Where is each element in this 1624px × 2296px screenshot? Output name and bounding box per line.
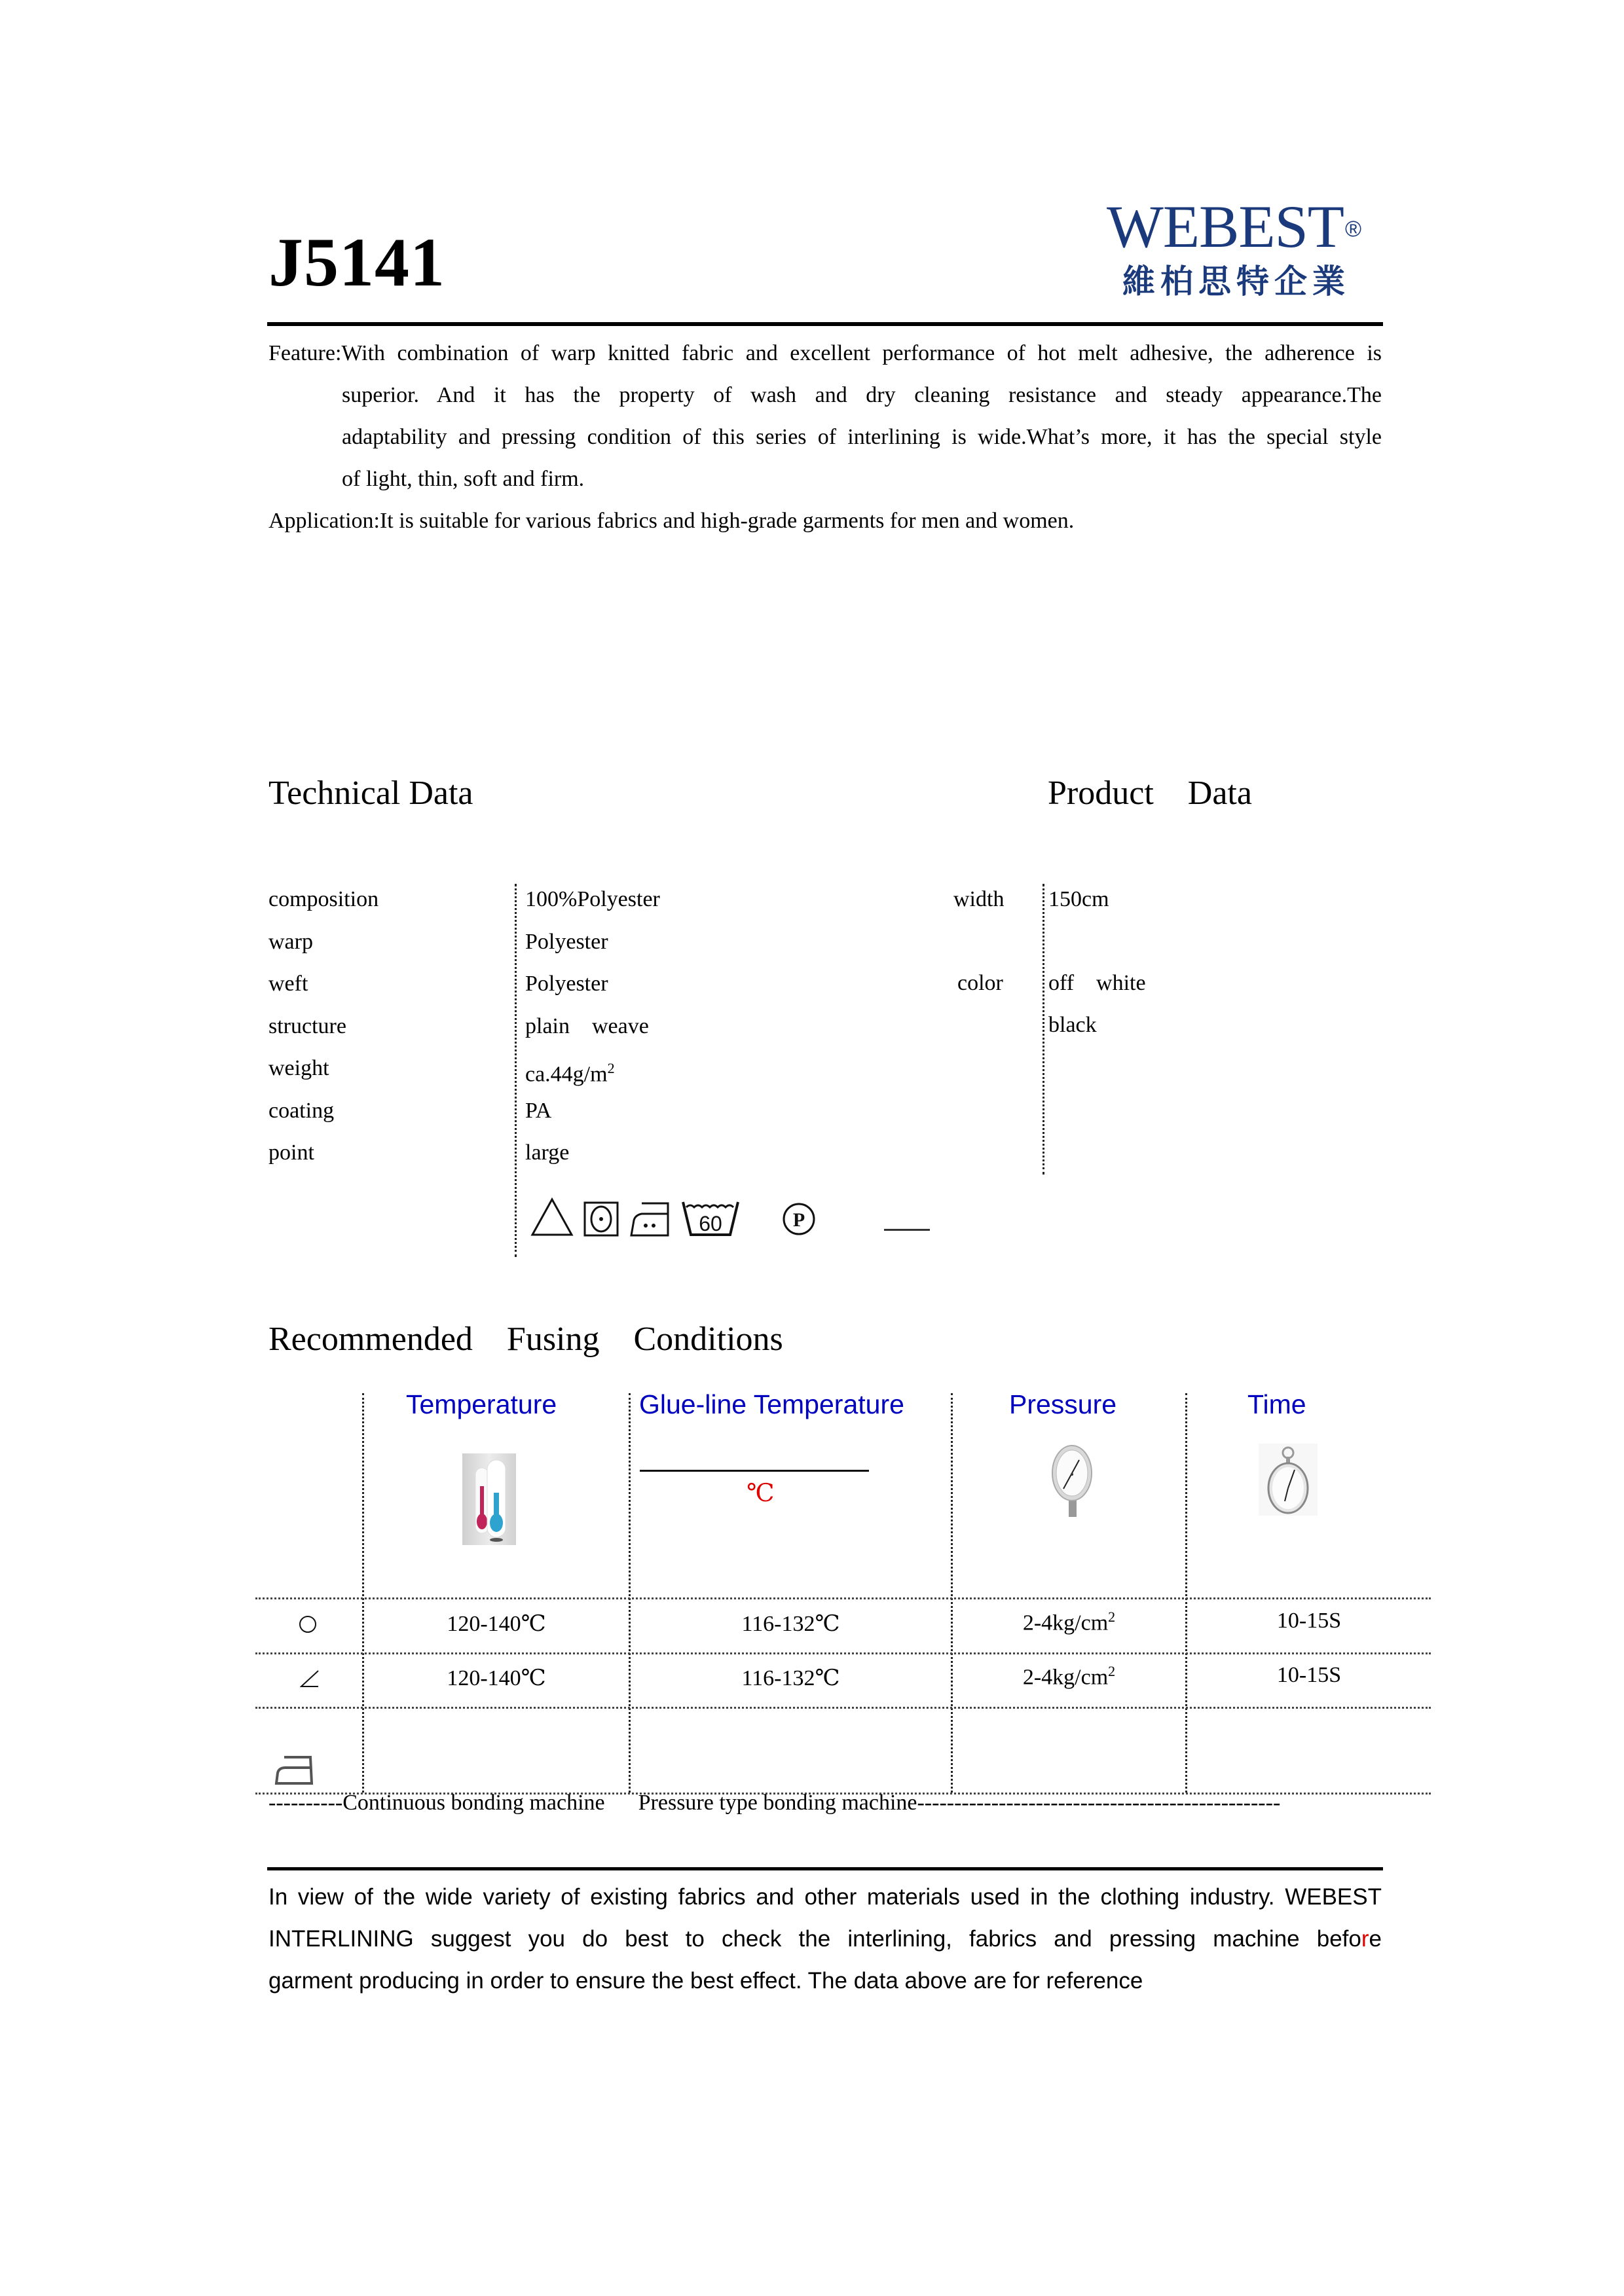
circle-icon [298, 1614, 318, 1634]
fusing-col-divider [1185, 1393, 1187, 1793]
tech-data-divider [515, 884, 517, 1257]
brand-logo: WEBEST® 維柏思特企業 [1107, 196, 1382, 302]
tech-value-point: large [525, 1132, 569, 1174]
tech-value-warp: Polyester [525, 921, 608, 963]
fusing-row-divider [255, 1652, 1431, 1654]
cell-temperature: 120-140℃ [364, 1665, 629, 1691]
fusing-conditions-title: Recommended Fusing Conditions [268, 1322, 783, 1357]
disclaimer: In view of the wide variety of existing … [268, 1876, 1382, 2002]
product-color-value: black [1048, 1004, 1097, 1046]
tech-value-weight: ca.44g/m2 [525, 1048, 615, 1095]
bleach-triangle-icon [530, 1197, 574, 1237]
cell-glue-line: 116-132℃ [631, 1611, 951, 1637]
fusing-col-divider [362, 1393, 364, 1793]
stopwatch-icon [1259, 1444, 1318, 1516]
product-data-title: Product Data [1048, 776, 1252, 811]
header-divider [267, 322, 1383, 326]
wash-60-icon: 60 [681, 1198, 740, 1237]
application-text: Application:It is suitable for various f… [268, 500, 1074, 542]
fusing-col-divider [629, 1393, 631, 1793]
product-data-divider [1043, 884, 1044, 1175]
column-header-temperature: Temperature [406, 1389, 557, 1420]
cell-temperature: 120-140℃ [364, 1611, 629, 1637]
disclaimer-line: garment producing in order to ensure the… [268, 1960, 1382, 2002]
product-width-label: width [953, 879, 1004, 920]
svg-text:P: P [793, 1209, 805, 1231]
celsius-unit: ℃ [747, 1478, 775, 1508]
product-color-label: color [957, 962, 1003, 1004]
feature-line: of light, thin, soft and firm. [268, 458, 1382, 500]
angle-icon [300, 1669, 320, 1688]
tech-value-composition: 100%Polyester [525, 879, 660, 920]
footer-divider [267, 1867, 1383, 1870]
technical-data-title: Technical Data [268, 776, 473, 811]
tech-label-point: point [268, 1132, 314, 1174]
tech-label-coating: coating [268, 1090, 334, 1132]
cell-glue-line: 116-132℃ [631, 1665, 951, 1691]
disclaimer-line: INTERLINING suggest you do best to check… [268, 1918, 1382, 1960]
care-symbols: 60 P [530, 1192, 817, 1237]
product-width-value: 150cm [1048, 879, 1109, 920]
tech-value-structure: plain weave [525, 1006, 649, 1048]
feature-line: adaptability and pressing condition of t… [268, 416, 1382, 458]
fusing-row-divider [255, 1597, 1431, 1599]
cell-pressure: 2-4kg/cm2 [953, 1609, 1185, 1635]
tech-value-coating: PA [525, 1090, 551, 1132]
cell-pressure: 2-4kg/cm2 [953, 1663, 1185, 1690]
cell-time: 10-15S [1187, 1609, 1431, 1633]
brand-name: WEBEST [1107, 193, 1344, 260]
registered-mark: ® [1345, 217, 1361, 242]
disclaimer-line: In view of the wide variety of existing … [268, 1876, 1382, 1918]
feature-paragraph: Feature:With combination of warp knitted… [268, 333, 1382, 500]
tech-label-structure: structure [268, 1006, 346, 1048]
column-header-glue-line-temperature: Glue-line Temperature [639, 1389, 904, 1420]
tech-label-weight: weight [268, 1048, 329, 1089]
feature-line: Feature:With combination of warp knitted… [268, 333, 1382, 374]
tech-value-weft: Polyester [525, 963, 608, 1005]
cell-time: 10-15S [1187, 1663, 1431, 1688]
brand-chinese-name: 維柏思特企業 [1122, 255, 1382, 302]
product-color-value: off white [1048, 962, 1146, 1004]
svg-text:60: 60 [699, 1212, 722, 1235]
column-header-pressure: Pressure [1009, 1389, 1116, 1420]
dry-clean-p-icon: P [781, 1201, 817, 1237]
tech-label-composition: composition [268, 879, 378, 920]
tumble-dry-icon [583, 1201, 619, 1237]
thermometer-icon [462, 1453, 516, 1545]
fusing-row-divider [255, 1707, 1431, 1709]
iron-two-dots-icon [629, 1201, 672, 1237]
pressure-gauge-icon [1049, 1440, 1095, 1519]
glue-line-blank [640, 1470, 869, 1472]
blank-line [884, 1229, 930, 1231]
feature-line: superior. And it has the property of was… [268, 374, 1382, 416]
iron-icon [274, 1755, 314, 1786]
tech-label-weft: weft [268, 963, 308, 1005]
column-header-time: Time [1247, 1389, 1306, 1420]
tech-label-warp: warp [268, 921, 313, 963]
product-code: J5141 [268, 228, 445, 297]
bonding-machine-legend: ----------Continuous bonding machine Pre… [268, 1791, 1280, 1815]
fusing-col-divider [951, 1393, 953, 1793]
